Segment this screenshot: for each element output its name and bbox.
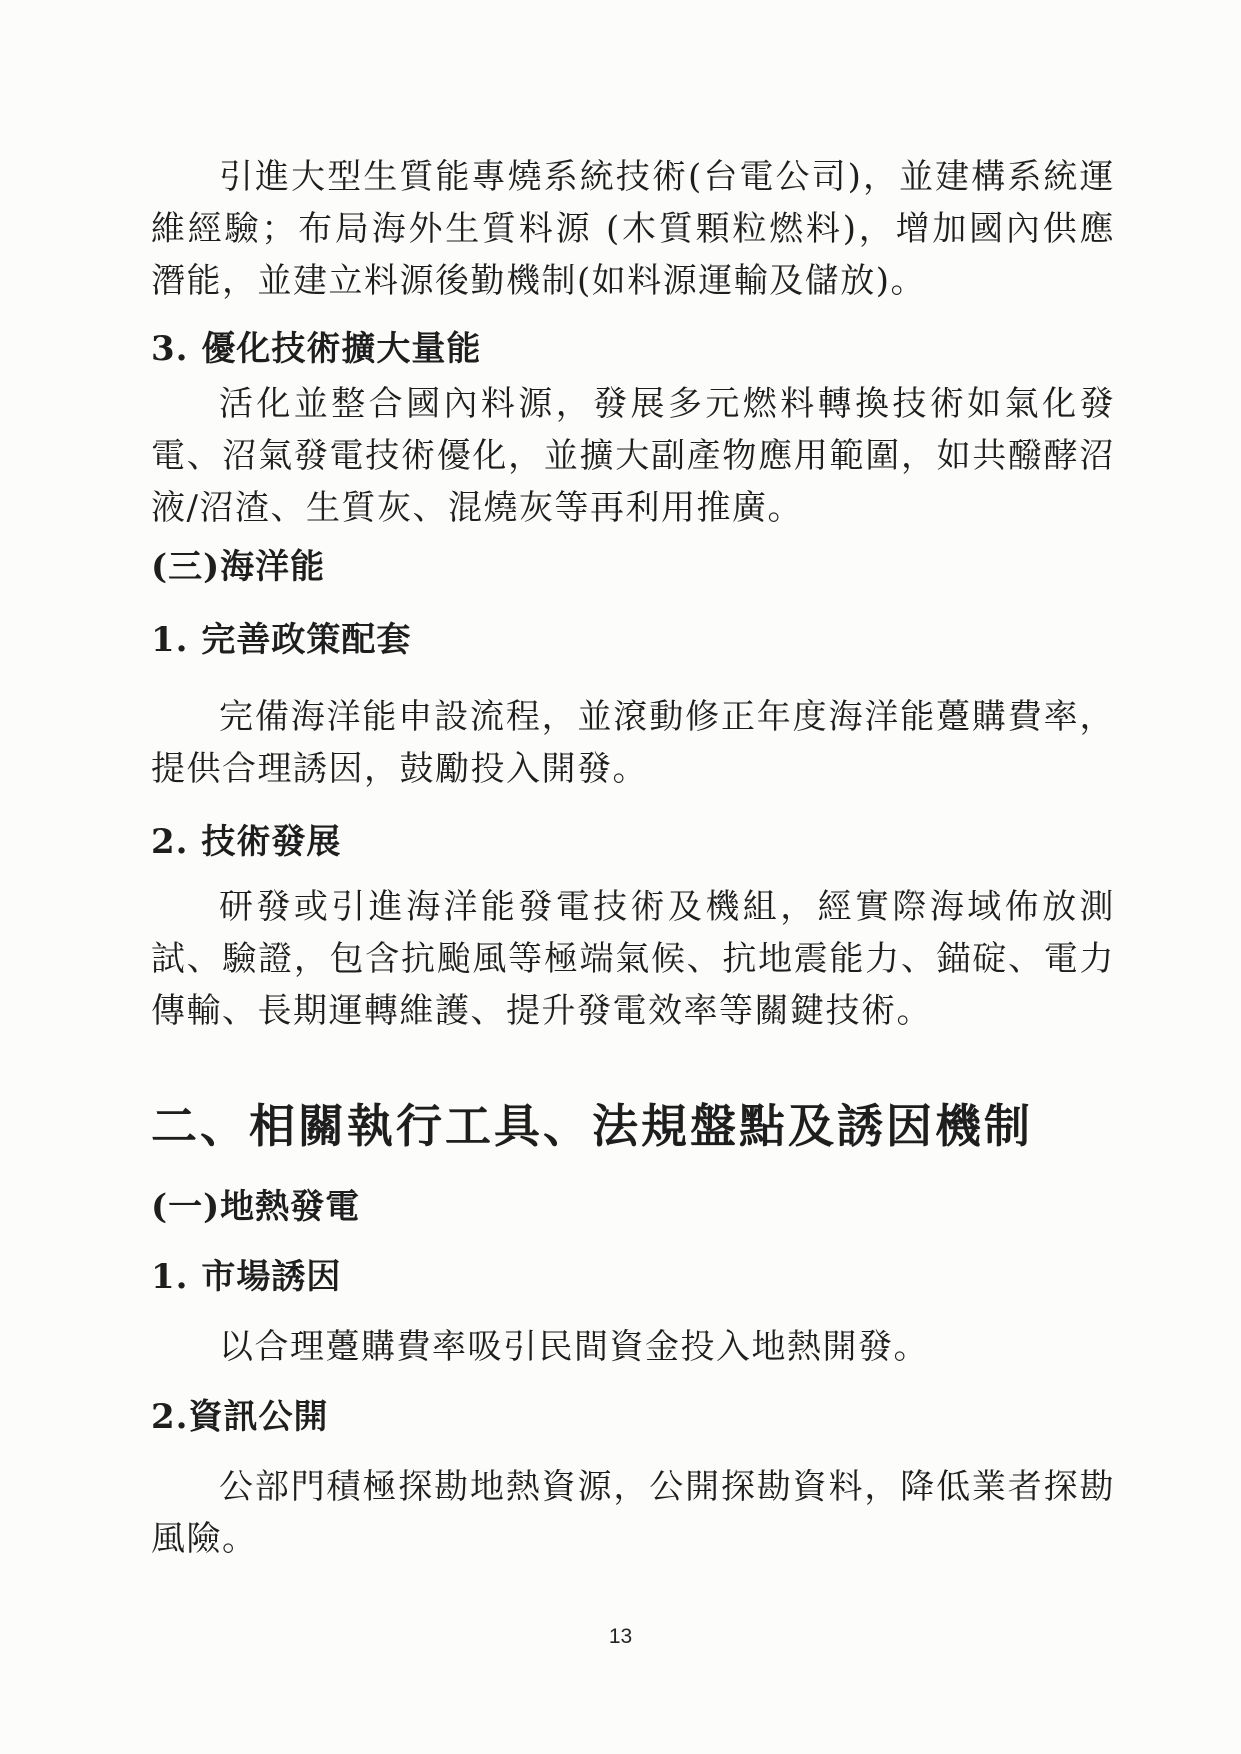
paragraph-technology-development: 研發或引進海洋能發電技術及機組，經實際海域佈放測試、驗證，包含抗颱風等極端氣候、… bbox=[151, 881, 1115, 1037]
heading-geothermal-power-section: (一)地熱發電 bbox=[151, 1181, 1115, 1233]
heading-optimize-technology: 3. 優化技術擴大量能 bbox=[151, 323, 1115, 375]
document-content: 引進大型生質能專燒系統技術(台電公司)，並建構系統運維經驗；布局海外生質料源 (… bbox=[151, 0, 1115, 1565]
paragraph-biomass-logistics: 引進大型生質能專燒系統技術(台電公司)，並建構系統運維經驗；布局海外生質料源 (… bbox=[151, 151, 1115, 307]
paragraph-information-disclosure: 公部門積極探勘地熱資源，公開探勘資料，降低業者探勘風險。 bbox=[151, 1461, 1115, 1565]
heading-chapter-two: 二、相關執行工具、法規盤點及誘因機制 bbox=[151, 1095, 1115, 1157]
heading-information-disclosure: 2.資訊公開 bbox=[151, 1391, 1115, 1443]
paragraph-market-incentive: 以合理躉購費率吸引民間資金投入地熱開發。 bbox=[151, 1321, 1115, 1373]
document-page: 引進大型生質能專燒系統技術(台電公司)，並建構系統運維經驗；布局海外生質料源 (… bbox=[0, 0, 1241, 1754]
heading-policy-support: 1. 完善政策配套 bbox=[151, 614, 1115, 666]
paragraph-policy-support: 完備海洋能申設流程，並滾動修正年度海洋能躉購費率，提供合理誘因，鼓勵投入開發。 bbox=[151, 691, 1115, 795]
page-number: 13 bbox=[0, 1625, 1241, 1649]
heading-ocean-energy-section: (三)海洋能 bbox=[151, 541, 1115, 593]
paragraph-optimize-technology: 活化並整合國內料源，發展多元燃料轉換技術如氣化發電、沼氣發電技術優化，並擴大副產… bbox=[151, 378, 1115, 534]
heading-technology-development: 2. 技術發展 bbox=[151, 816, 1115, 868]
heading-market-incentive: 1. 市場誘因 bbox=[151, 1251, 1115, 1303]
